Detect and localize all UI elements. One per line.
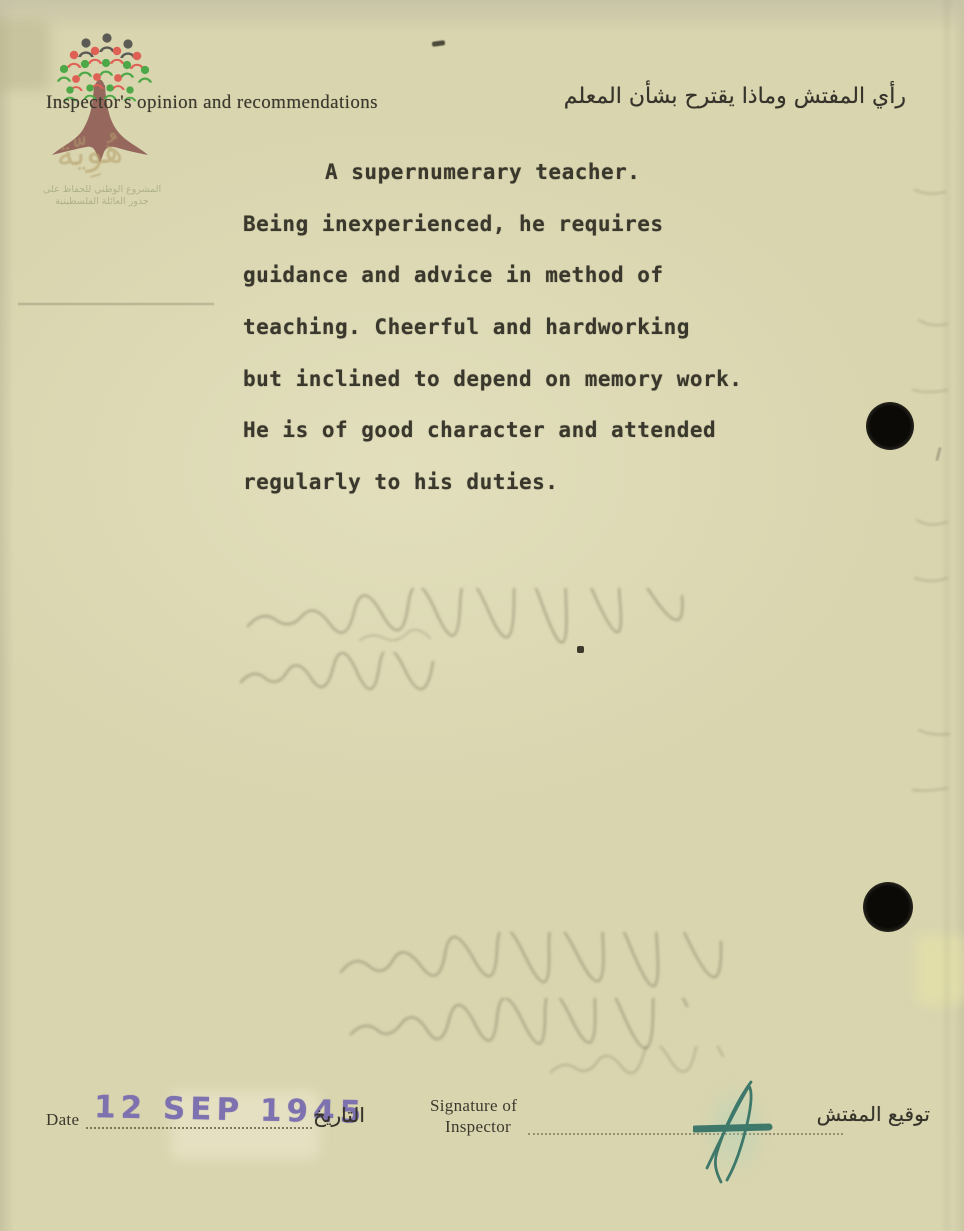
scan-streak: [944, 0, 950, 1231]
punch-hole-bottom: [863, 882, 913, 932]
inspector-signature-mark: [693, 1076, 785, 1188]
bleedthrough-handwriting: [235, 652, 485, 697]
header-title-en: Inspector's opinion and recommendations: [46, 92, 378, 114]
signature-label-line1: Signature of: [430, 1096, 517, 1116]
bleedthrough-handwriting: [345, 998, 765, 1053]
ink-speck-middle: [577, 646, 584, 653]
signature-dotted-line: [528, 1133, 843, 1135]
logo-people-dark: [78, 33, 136, 58]
bleedthrough-handwriting: [240, 588, 835, 648]
bleedthrough-edge-marks: [905, 170, 960, 810]
watermark-project-line2: جذور العائلة الفلسطينية: [36, 196, 168, 208]
body-line: A supernumerary teacher.: [243, 160, 742, 212]
body-line: Being inexperienced, he requires: [243, 212, 742, 264]
pencil-mark-right: [935, 447, 941, 461]
date-label: Date: [46, 1110, 79, 1130]
header-title-ar: رأي المفتش وماذا يقترح بشأن المعلم: [564, 84, 906, 109]
watermark-project-line1: المشروع الوطني للحفاظ على: [36, 184, 168, 196]
date-label-ar: التاريخ: [313, 1103, 365, 1127]
bleedthrough-handwriting: [335, 932, 800, 994]
logo-people-green: [57, 59, 152, 83]
scan-yellow-patch: [916, 935, 964, 1005]
watermark-calligraphy: هُوِيّة: [55, 130, 125, 176]
signature-label-line2: Inspector: [445, 1117, 511, 1137]
body-line: but inclined to depend on memory work.: [243, 367, 742, 419]
ink-speck-top: [432, 40, 446, 47]
faint-rule-line: [18, 303, 214, 305]
body-line: guidance and advice in method of: [243, 263, 742, 315]
signature-label-ar: توقيع المفتش: [817, 1102, 930, 1126]
scan-olive-patch: [0, 20, 50, 90]
scanned-document-page: هُوِيّة المشروع الوطني للحفاظ على جذور ا…: [0, 0, 964, 1231]
body-text: A supernumerary teacher. Being inexperie…: [243, 160, 742, 522]
body-line: regularly to his duties.: [243, 470, 742, 522]
body-line: teaching. Cheerful and hardworking: [243, 315, 742, 367]
body-line: He is of good character and attended: [243, 418, 742, 470]
punch-hole-top: [866, 402, 914, 450]
watermark-project-text: المشروع الوطني للحفاظ على جذور العائلة ا…: [36, 184, 168, 208]
